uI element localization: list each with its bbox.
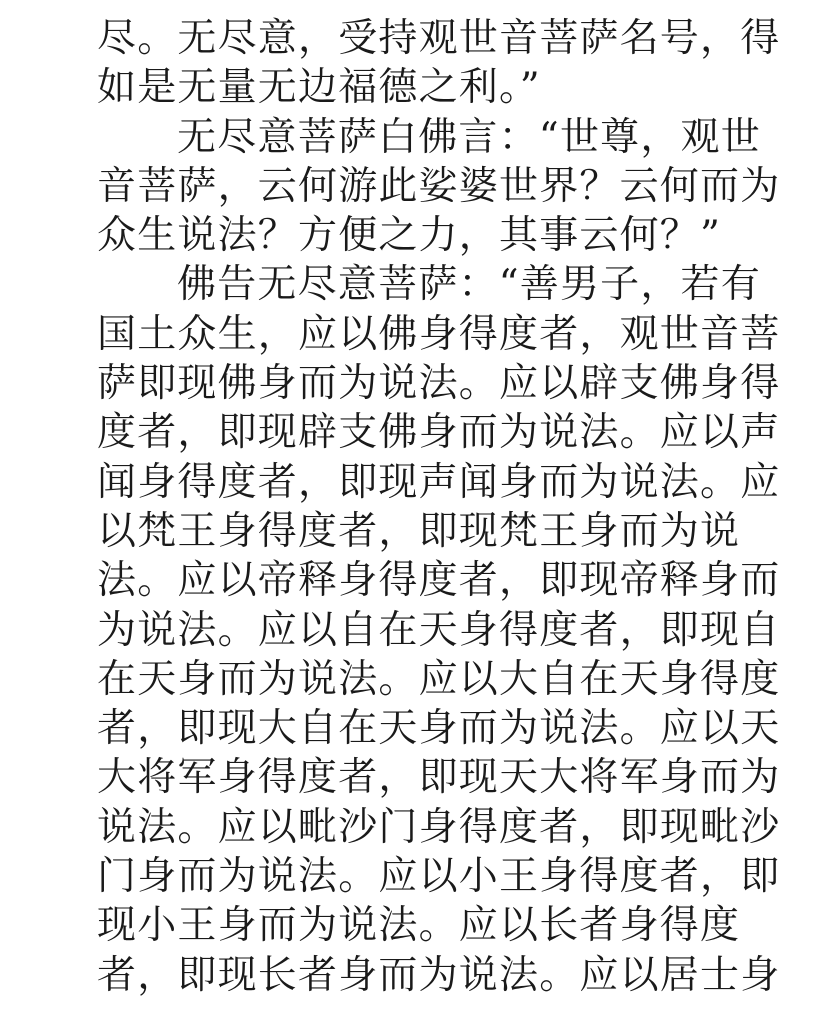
scripture-text-block: 尽。无尽意，受持观世音菩萨名号，得 如是无量无边福德之利。” 无尽意菩萨白佛言：… — [97, 14, 757, 1000]
text-line-11: 以梵王身得度者，即现梵王身而为说 — [97, 507, 757, 556]
text-line-19: 现小王身而为说法。应以长者身得度 — [97, 901, 757, 950]
text-line-18: 门身而为说法。应以小王身得度者，即 — [97, 852, 757, 901]
text-line-20: 者，即现长者身而为说法。应以居士身 — [97, 951, 757, 1000]
text-line-5: 众生说法？方便之力，其事云何？” — [97, 211, 757, 260]
text-line-6-paragraph-start: 佛告无尽意菩萨：“善男子，若有 — [97, 260, 757, 309]
document-page: 尽。无尽意，受持观世音菩萨名号，得 如是无量无边福德之利。” 无尽意菩萨白佛言：… — [0, 0, 839, 1024]
text-line-17: 说法。应以毗沙门身得度者，即现毗沙 — [97, 803, 757, 852]
text-line-15: 者，即现大自在天身而为说法。应以天 — [97, 704, 757, 753]
text-line-9: 度者，即现辟支佛身而为说法。应以声 — [97, 408, 757, 457]
text-line-16: 大将军身得度者，即现天大将军身而为 — [97, 753, 757, 802]
text-line-1: 尽。无尽意，受持观世音菩萨名号，得 — [97, 14, 757, 63]
text-line-14: 在天身而为说法。应以大自在天身得度 — [97, 655, 757, 704]
text-line-12: 法。应以帝释身得度者，即现帝释身而 — [97, 556, 757, 605]
text-line-7: 国土众生，应以佛身得度者，观世音菩 — [97, 310, 757, 359]
text-line-4: 音菩萨，云何游此娑婆世界？云何而为 — [97, 162, 757, 211]
text-line-2: 如是无量无边福德之利。” — [97, 63, 757, 112]
text-line-10: 闻身得度者，即现声闻身而为说法。应 — [97, 458, 757, 507]
text-line-8: 萨即现佛身而为说法。应以辟支佛身得 — [97, 359, 757, 408]
text-line-13: 为说法。应以自在天身得度者，即现自 — [97, 606, 757, 655]
text-line-3-paragraph-start: 无尽意菩萨白佛言：“世尊，观世 — [97, 113, 757, 162]
